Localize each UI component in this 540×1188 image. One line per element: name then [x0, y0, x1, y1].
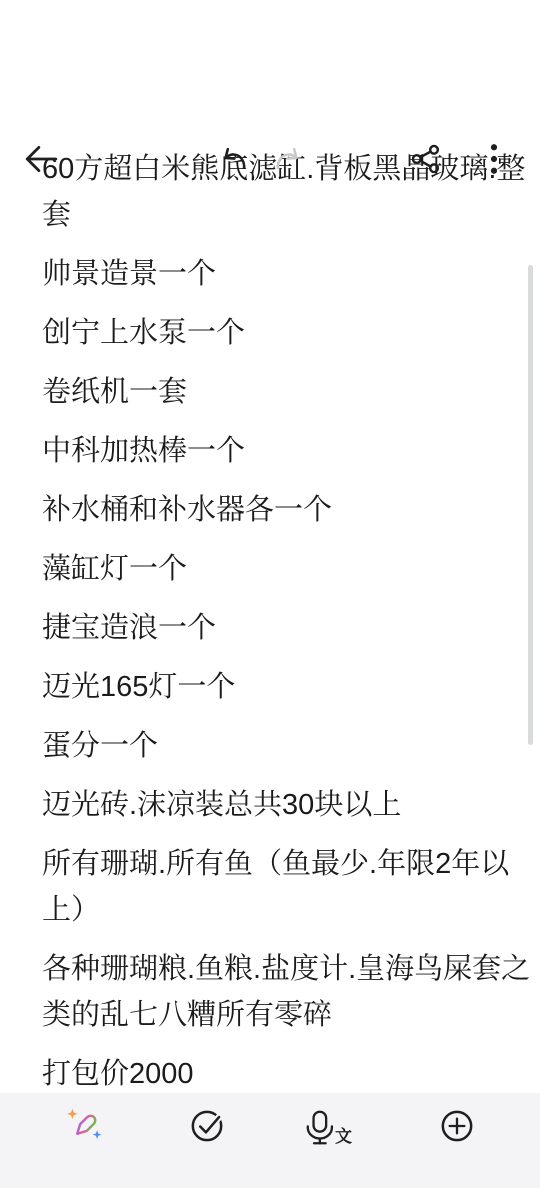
note-paragraph[interactable]: 藻缸灯一个: [42, 546, 532, 592]
note-paragraph[interactable]: 中科加热棒一个: [42, 428, 532, 474]
note-paragraph[interactable]: 各种珊瑚粮.鱼粮.盐度计.皇海鸟屎套之类的乱七八糟所有零碎: [42, 946, 532, 1038]
more-vertical-dots-icon: [489, 143, 499, 175]
note-paragraph[interactable]: 迈光砖.沫凉装总共30块以上: [42, 782, 532, 828]
todo-check-button[interactable]: [183, 1106, 231, 1150]
magic-pen-button[interactable]: [61, 1106, 109, 1150]
note-paragraph[interactable]: 迈光165灯一个: [42, 664, 532, 710]
plus-circle-icon: [436, 1105, 478, 1152]
voice-to-text-button[interactable]: 文: [300, 1106, 356, 1150]
share-icon: [410, 143, 442, 175]
undo-button[interactable]: [210, 135, 258, 183]
note-body[interactable]: 60方超白米熊底滤缸.背板黑晶玻璃.整套 帅景造景一个 创宁上水泵一个 卷纸机一…: [0, 140, 540, 1097]
add-attachment-button[interactable]: [433, 1106, 481, 1150]
redo-button[interactable]: [264, 135, 312, 183]
back-button[interactable]: [17, 135, 65, 183]
note-paragraph[interactable]: 所有珊瑚.所有鱼（鱼最少.年限2年以上）: [42, 841, 532, 933]
back-arrow-icon: [23, 143, 59, 175]
share-button[interactable]: [402, 135, 450, 183]
editor-toolbar: [0, 60, 540, 140]
scrollbar-thumb[interactable]: [528, 265, 533, 745]
magic-pen-icon: [64, 1105, 106, 1152]
note-paragraph[interactable]: 卷纸机一套: [42, 369, 532, 415]
undo-icon: [218, 144, 250, 174]
note-paragraph[interactable]: 创宁上水泵一个: [42, 310, 532, 356]
note-paragraph[interactable]: 帅景造景一个: [42, 251, 532, 297]
note-paragraph[interactable]: 蛋分一个: [42, 723, 532, 769]
microphone-text-icon: 文: [302, 1107, 354, 1149]
more-menu-button[interactable]: [470, 135, 518, 183]
mic-lang-glyph: 文: [335, 1128, 352, 1145]
check-circle-icon: [186, 1105, 228, 1152]
status-bar: [0, 0, 540, 60]
note-paragraph[interactable]: 捷宝造浪一个: [42, 605, 532, 651]
note-paragraph[interactable]: 补水桶和补水器各一个: [42, 487, 532, 533]
redo-icon: [272, 144, 304, 174]
note-bottom-toolbar: 文: [0, 1093, 540, 1188]
note-paragraph[interactable]: 打包价2000: [42, 1051, 532, 1097]
